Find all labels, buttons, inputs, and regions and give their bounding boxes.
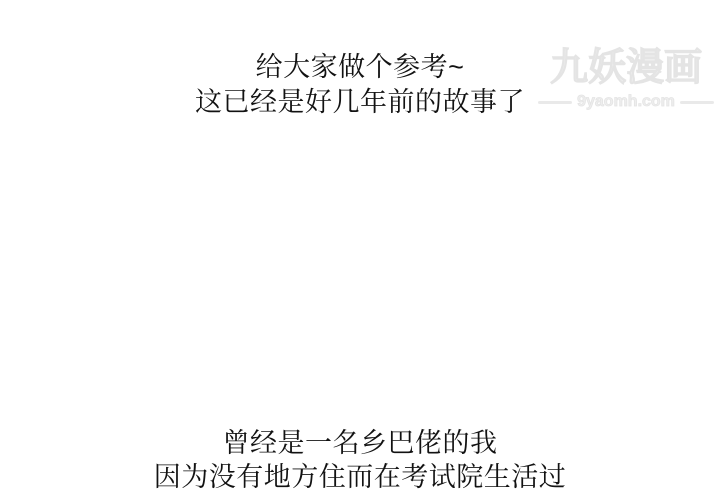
- top-caption: 给大家做个参考~ 这已经是好几年前的故事了: [0, 50, 720, 120]
- top-caption-line-1: 给大家做个参考~: [0, 50, 720, 85]
- comic-page-canvas: 九妖漫画 9yaomh.com 给大家做个参考~ 这已经是好几年前的故事了 曾经…: [0, 0, 720, 500]
- bottom-caption-line-2: 因为没有地方住而在考试院生活过: [0, 460, 720, 494]
- bottom-caption: 曾经是一名乡巴佬的我 因为没有地方住而在考试院生活过: [0, 426, 720, 494]
- top-caption-line-2: 这已经是好几年前的故事了: [0, 85, 720, 120]
- bottom-caption-line-1: 曾经是一名乡巴佬的我: [0, 426, 720, 460]
